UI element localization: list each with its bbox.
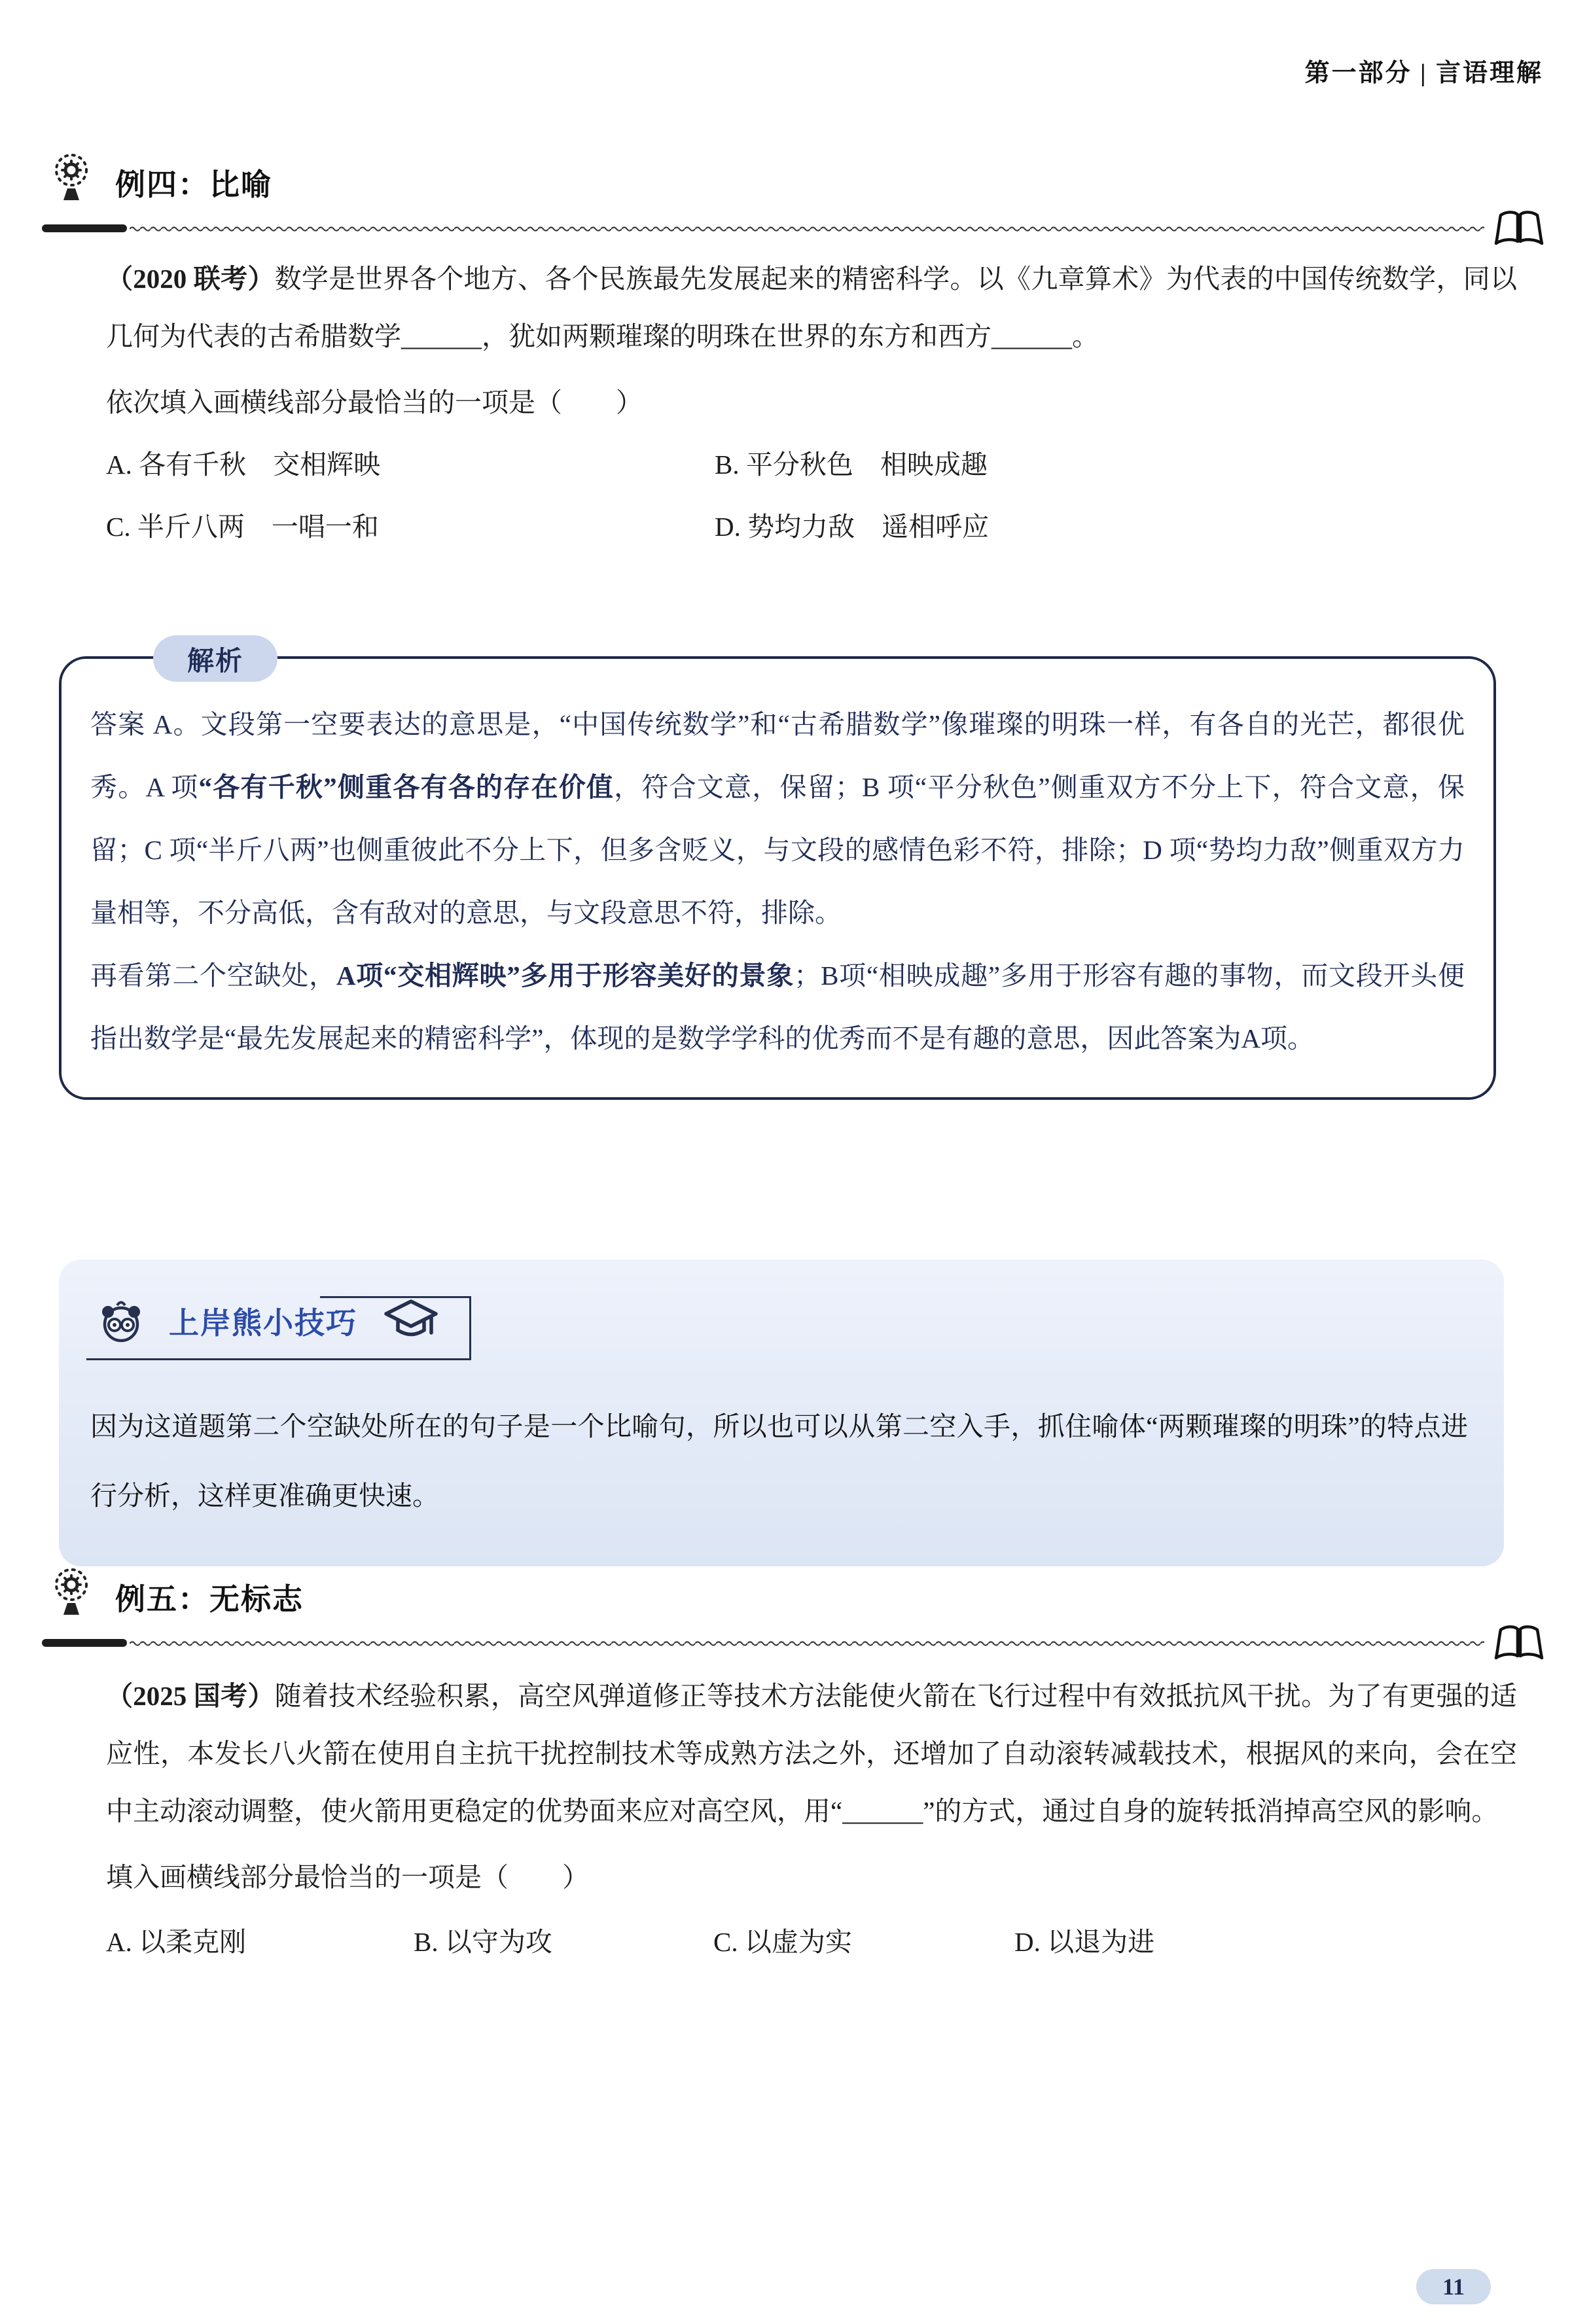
question-stem: （2020 联考）数学是世界各个地方、各个民族最先发展起来的精密科学。以《九章算… [59,250,1517,365]
option-b: B. 以守为攻 [414,1920,713,1959]
question-2: （2025 国考）随着技术经验积累，高空风弹道修正等技术方法能使火箭在飞行过程中… [59,1667,1517,1959]
option-b: B. 平分秋色 相映成趣 [715,443,1517,482]
tip-body: 因为这道题第二个空缺处所在的句子是一个比喻句，所以也可以从第二空入手，抓住喻体“… [90,1392,1468,1530]
section-head: 例五：无标志 [42,1572,1547,1623]
question-1: （2020 联考）数学是世界各个地方、各个民族最先发展起来的精密科学。以《九章算… [59,250,1517,544]
section-rule [42,1623,1547,1663]
graduation-cap-icon [381,1296,441,1346]
analysis-label: 解析 [153,635,277,682]
wavy-rule [130,1638,1484,1648]
analysis-paragraph-2: 再看第二个空缺处，A项“交相辉映”多用于形容美好的景象；B项“相映成趣”多用于形… [90,944,1465,1070]
section-title: 例五：无标志 [115,1576,304,1619]
tip-box: 上岸熊小技巧 因为这道题第二个空缺处所在的句子是一个比喻句，所以也可以从第二空入… [59,1259,1504,1566]
question-prompt: 填入画横线部分最恰当的一项是（ ） [106,1856,1517,1894]
wavy-rule [130,223,1484,234]
option-a: A. 以柔克刚 [106,1920,414,1959]
rule-start-bar [42,224,127,232]
section-example-4: 例四：比喻 [42,157,1547,249]
bear-face-icon [97,1297,145,1345]
section-head: 例四：比喻 [42,157,1547,208]
option-a: A. 各有千秋 交相辉映 [106,443,715,482]
option-c: C. 半斤八两 一唱一和 [106,505,715,544]
open-book-icon [1491,1623,1547,1663]
question-prompt: 依次填入画横线部分最恰当的一项是（ ） [106,381,1517,419]
rule-start-bar [42,1639,127,1647]
options-list: A. 以柔克刚 B. 以守为攻 C. 以虚为实 D. 以退为进 [106,1920,1517,1959]
lamp-icon [48,1564,94,1627]
question-stem: （2025 国考）随着技术经验积累，高空风弹道修正等技术方法能使火箭在飞行过程中… [59,1667,1517,1840]
tip-title: 上岸熊小技巧 [169,1299,357,1343]
section-rule [42,208,1547,249]
option-d: D. 以退为进 [1014,1920,1517,1959]
tip-header: 上岸熊小技巧 [90,1287,471,1360]
open-book-icon [1491,208,1547,249]
page-number: 11 [1416,2269,1491,2304]
lamp-icon [48,149,94,212]
option-d: D. 势均力敌 遥相呼应 [715,505,1517,544]
section-title: 例四：比喻 [115,161,272,204]
running-head: 第一部分 | 言语理解 [1305,52,1543,88]
analysis-paragraph-1: 答案 A。文段第一空要表达的意思是，“中国传统数学”和“古希腊数学”像璀璨的明珠… [90,693,1465,944]
options-list: A. 各有千秋 交相辉映 B. 平分秋色 相映成趣 C. 半斤八两 一唱一和 D… [106,443,1517,544]
analysis-box: 解析 答案 A。文段第一空要表达的意思是，“中国传统数学”和“古希腊数学”像璀璨… [59,656,1496,1100]
section-example-5: 例五：无标志 [42,1572,1547,1663]
option-c: C. 以虚为实 [713,1920,1014,1959]
